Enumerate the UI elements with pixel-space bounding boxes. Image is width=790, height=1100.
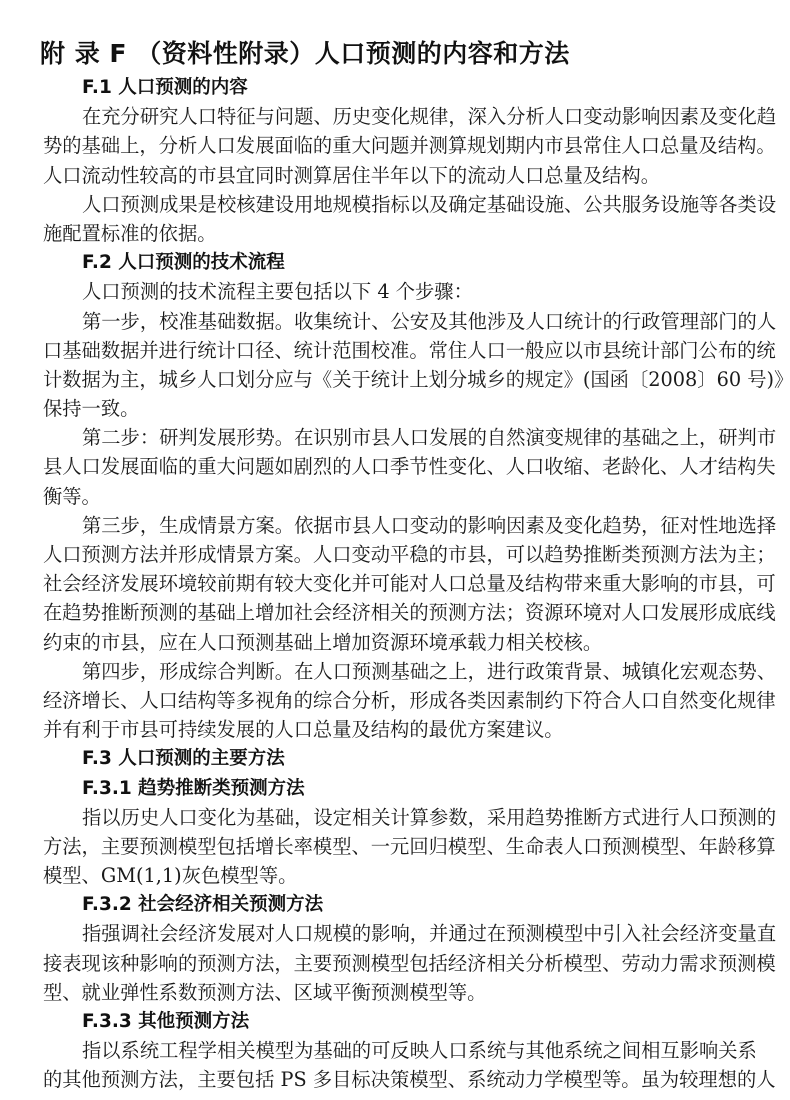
paragraph: 指以历史人口变化为基础，设定相关计算参数，采用趋势推断方式进行人口预测的 方法，…: [43, 803, 745, 891]
text-line: 模型、GM(1,1)灰色模型等。: [43, 861, 745, 890]
text-line: 第四步，形成综合判断。在人口预测基础之上，进行政策背景、城镇化宏观态势、: [43, 657, 745, 686]
text-line: 衡等。: [43, 482, 745, 511]
text-line: 约束的市县，应在人口预测基础上增加资源环境承载力相关校核。: [43, 628, 745, 657]
text-line: 势的基础上，分析人口发展面临的重大问题并测算规划期内市县常住人口总量及结构。: [43, 131, 745, 160]
paragraph-step-1: 第一步，校准基础数据。收集统计、公安及其他涉及人口统计的行政管理部门的人 口基础…: [43, 307, 745, 424]
subsection-heading-f3-1: F.3.1 趋势推断类预测方法: [43, 774, 745, 803]
text-line: 接表现该种影响的预测方法，主要预测模型包括经济相关分析模型、劳动力需求预测模: [43, 949, 745, 978]
text-line: 指以历史人口变化为基础，设定相关计算参数，采用趋势推断方式进行人口预测的: [43, 803, 745, 832]
text-line: 指强调社会经济发展对人口规模的影响，并通过在预测模型中引入社会经济变量直: [43, 919, 745, 948]
section-heading-f2: F.2 人口预测的技术流程: [43, 248, 745, 277]
text-line: 施配置标准的依据。: [43, 219, 745, 248]
text-line: 人口预测方法并形成情景方案。人口变动平稳的市县，可以趋势推断类预测方法为主；: [43, 540, 745, 569]
text-line: 人口预测的技术流程主要包括以下 4 个步骤：: [43, 277, 745, 306]
text-line: 的其他预测方法，主要包括 PS 多目标决策模型、系统动力学模型等。虽为较理想的人: [43, 1065, 745, 1094]
section-heading-f3: F.3 人口预测的主要方法: [43, 744, 745, 773]
text-line: 计数据为主，城乡人口划分应与《关于统计上划分城乡的规定》(国函〔2008〕60 …: [43, 365, 745, 394]
document-page: 附 录 F （资料性附录）人口预测的内容和方法 F.1 人口预测的内容 在充分研…: [0, 0, 790, 1100]
text-line: 保持一致。: [43, 394, 745, 423]
text-line: 县人口发展面临的重大问题如剧烈的人口季节性变化、人口收缩、老龄化、人才结构失: [43, 452, 745, 481]
section-heading-f1: F.1 人口预测的内容: [43, 73, 745, 102]
paragraph-step-4: 第四步，形成综合判断。在人口预测基础之上，进行政策背景、城镇化宏观态势、 经济增…: [43, 657, 745, 745]
appendix-title: 附 录 F （资料性附录）人口预测的内容和方法: [40, 38, 570, 70]
subsection-heading-f3-3: F.3.3 其他预测方法: [43, 1007, 745, 1036]
text-line: 指以系统工程学相关模型为基础的可反映人口系统与其他系统之间相互影响关系: [43, 1036, 745, 1065]
paragraph: 在充分研究人口特征与问题、历史变化规律，深入分析人口变动影响因素及变化趋 势的基…: [43, 102, 745, 190]
document-body: F.1 人口预测的内容 在充分研究人口特征与问题、历史变化规律，深入分析人口变动…: [43, 73, 745, 1095]
text-line: 方法，主要预测模型包括增长率模型、一元回归模型、生命表人口预测模型、年龄移算: [43, 832, 745, 861]
text-line: 第一步，校准基础数据。收集统计、公安及其他涉及人口统计的行政管理部门的人: [43, 307, 745, 336]
paragraph: 指以系统工程学相关模型为基础的可反映人口系统与其他系统之间相互影响关系 的其他预…: [43, 1036, 745, 1094]
text-line: 社会经济发展环境较前期有较大变化并可能对人口总量及结构带来重大影响的市县，可: [43, 569, 745, 598]
paragraph-step-3: 第三步，生成情景方案。依据市县人口变动的影响因素及变化趋势，征对性地选择 人口预…: [43, 511, 745, 657]
text-line: 第三步，生成情景方案。依据市县人口变动的影响因素及变化趋势，征对性地选择: [43, 511, 745, 540]
paragraph: 人口预测成果是校核建设用地规模指标以及确定基础设施、公共服务设施等各类设 施配置…: [43, 190, 745, 248]
paragraph: 人口预测的技术流程主要包括以下 4 个步骤：: [43, 277, 745, 306]
text-line: 在充分研究人口特征与问题、历史变化规律，深入分析人口变动影响因素及变化趋: [43, 102, 745, 131]
text-line: 并有利于市县可持续发展的人口总量及结构的最优方案建议。: [43, 715, 745, 744]
paragraph-step-2: 第二步：研判发展形势。在识别市县人口发展的自然演变规律的基础之上，研判市 县人口…: [43, 423, 745, 511]
text-line: 人口预测成果是校核建设用地规模指标以及确定基础设施、公共服务设施等各类设: [43, 190, 745, 219]
text-line: 第二步：研判发展形势。在识别市县人口发展的自然演变规律的基础之上，研判市: [43, 423, 745, 452]
subsection-heading-f3-2: F.3.2 社会经济相关预测方法: [43, 890, 745, 919]
text-line: 经济增长、人口结构等多视角的综合分析，形成各类因素制约下符合人口自然变化规律: [43, 686, 745, 715]
text-line: 型、就业弹性系数预测方法、区域平衡预测模型等。: [43, 978, 745, 1007]
text-line: 人口流动性较高的市县宜同时测算居住半年以下的流动人口总量及结构。: [43, 161, 745, 190]
text-line: 口基础数据并进行统计口径、统计范围校准。常住人口一般应以市县统计部门公布的统: [43, 336, 745, 365]
text-line: 在趋势推断预测的基础上增加社会经济相关的预测方法；资源环境对人口发展形成底线: [43, 598, 745, 627]
paragraph: 指强调社会经济发展对人口规模的影响，并通过在预测模型中引入社会经济变量直 接表现…: [43, 919, 745, 1007]
